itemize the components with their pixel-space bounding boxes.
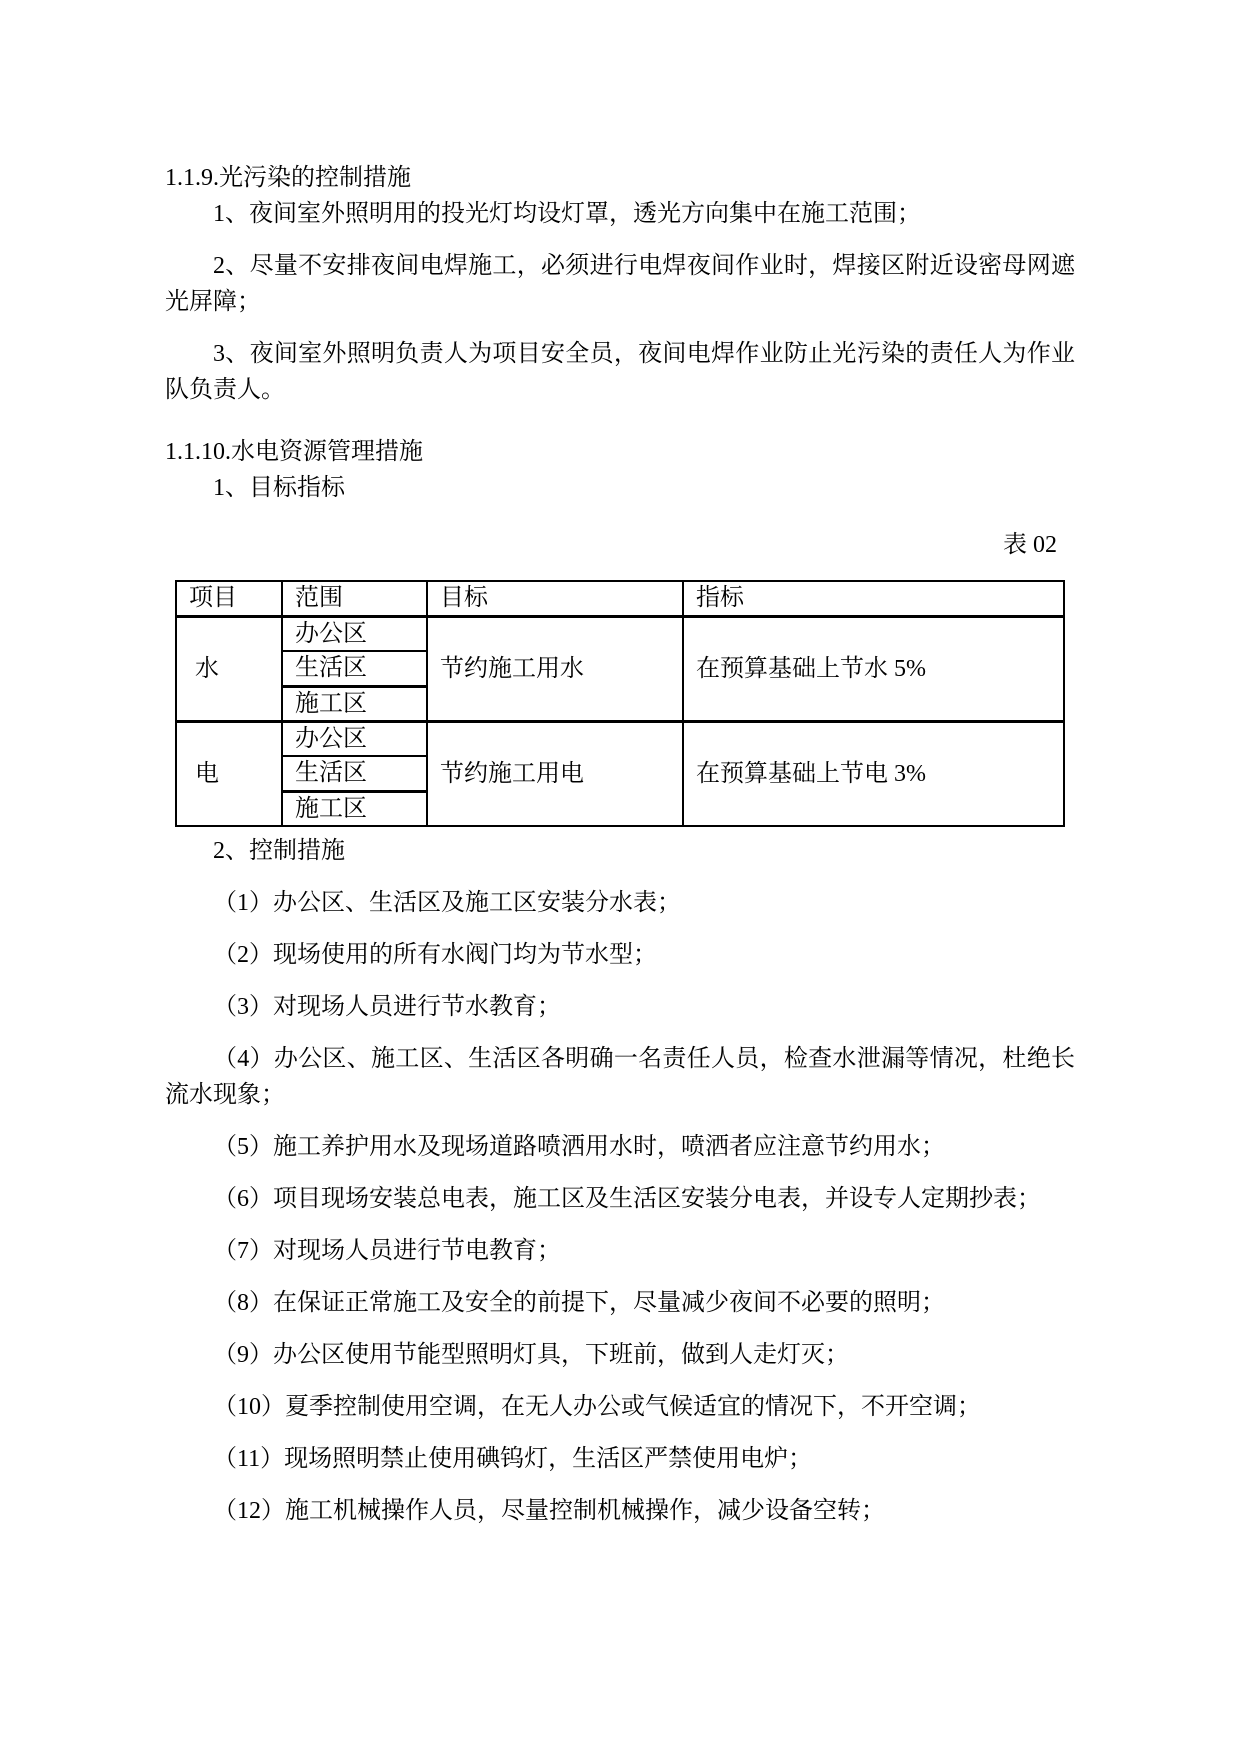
- section-heading-light-pollution: 1.1.9.光污染的控制措施: [165, 160, 1075, 196]
- subheading-goal-targets: 1、目标指标: [165, 470, 1075, 506]
- cell-item-water: 水: [176, 616, 282, 721]
- measure-paragraph: （1）办公区、生活区及施工区安装分水表；: [165, 885, 1075, 921]
- header-cell-indicator: 指标: [683, 581, 1064, 616]
- measure-paragraph: （2）现场使用的所有水阀门均为节水型；: [165, 937, 1075, 973]
- cell-item-electric: 电: [176, 721, 282, 826]
- cell-scope: 办公区: [282, 721, 427, 756]
- cell-scope: 施工区: [282, 791, 427, 826]
- measure-paragraph: （12）施工机械操作人员，尽量控制机械操作，减少设备空转；: [165, 1493, 1075, 1529]
- document-page: 1.1.9.光污染的控制措施 1、夜间室外照明用的投光灯均设灯罩，透光方向集中在…: [0, 0, 1241, 1754]
- table-caption: 表 02: [165, 527, 1075, 563]
- measure-paragraph: （8）在保证正常施工及安全的前提下，尽量减少夜间不必要的照明；: [165, 1285, 1075, 1321]
- measure-paragraph: （4）办公区、施工区、生活区各明确一名责任人员，检查水泄漏等情况，杜绝长流水现象…: [165, 1041, 1075, 1113]
- measure-paragraph: （9）办公区使用节能型照明灯具，下班前，做到人走灯灭；: [165, 1337, 1075, 1373]
- header-cell-goal: 目标: [427, 581, 683, 616]
- measure-paragraph: （6）项目现场安装总电表，施工区及生活区安装分电表，并设专人定期抄表；: [165, 1181, 1075, 1217]
- subheading-control-measures: 2、控制措施: [165, 833, 1075, 869]
- measure-paragraph: （11）现场照明禁止使用碘钨灯，生活区严禁使用电炉；: [165, 1441, 1075, 1477]
- header-cell-scope: 范围: [282, 581, 427, 616]
- cell-scope: 施工区: [282, 686, 427, 721]
- clause-paragraph: 3、夜间室外照明负责人为项目安全员，夜间电焊作业防止光污染的责任人为作业队负责人…: [165, 336, 1075, 408]
- clause-paragraph: 2、尽量不安排夜间电焊施工，必须进行电焊夜间作业时，焊接区附近设密母网遮光屏障；: [165, 248, 1075, 320]
- targets-table: 项目 范围 目标 指标 水 办公区 节约施工用水 在预算基础上节水 5% 生活区…: [175, 580, 1065, 827]
- measure-paragraph: （3）对现场人员进行节水教育；: [165, 989, 1075, 1025]
- header-cell-item: 项目: [176, 581, 282, 616]
- measure-paragraph: （7）对现场人员进行节电教育；: [165, 1233, 1075, 1269]
- cell-goal-electric: 节约施工用电: [427, 721, 683, 826]
- clause-paragraph: 1、夜间室外照明用的投光灯均设灯罩，透光方向集中在施工范围；: [165, 196, 1075, 232]
- measure-paragraph: （10）夏季控制使用空调，在无人办公或气候适宜的情况下，不开空调；: [165, 1389, 1075, 1425]
- table-row-electric-office: 电 办公区 节约施工用电 在预算基础上节电 3%: [176, 721, 1064, 756]
- cell-indicator-water: 在预算基础上节水 5%: [683, 616, 1064, 721]
- measure-paragraph: （5）施工养护用水及现场道路喷洒用水时，喷洒者应注意节约用水；: [165, 1129, 1075, 1165]
- cell-scope: 生活区: [282, 756, 427, 791]
- section-heading-utility-management: 1.1.10.水电资源管理措施: [165, 434, 1075, 470]
- table-header-row: 项目 范围 目标 指标: [176, 581, 1064, 616]
- cell-indicator-electric: 在预算基础上节电 3%: [683, 721, 1064, 826]
- cell-scope: 办公区: [282, 616, 427, 651]
- cell-scope: 生活区: [282, 651, 427, 686]
- cell-goal-water: 节约施工用水: [427, 616, 683, 721]
- table-row-water-office: 水 办公区 节约施工用水 在预算基础上节水 5%: [176, 616, 1064, 651]
